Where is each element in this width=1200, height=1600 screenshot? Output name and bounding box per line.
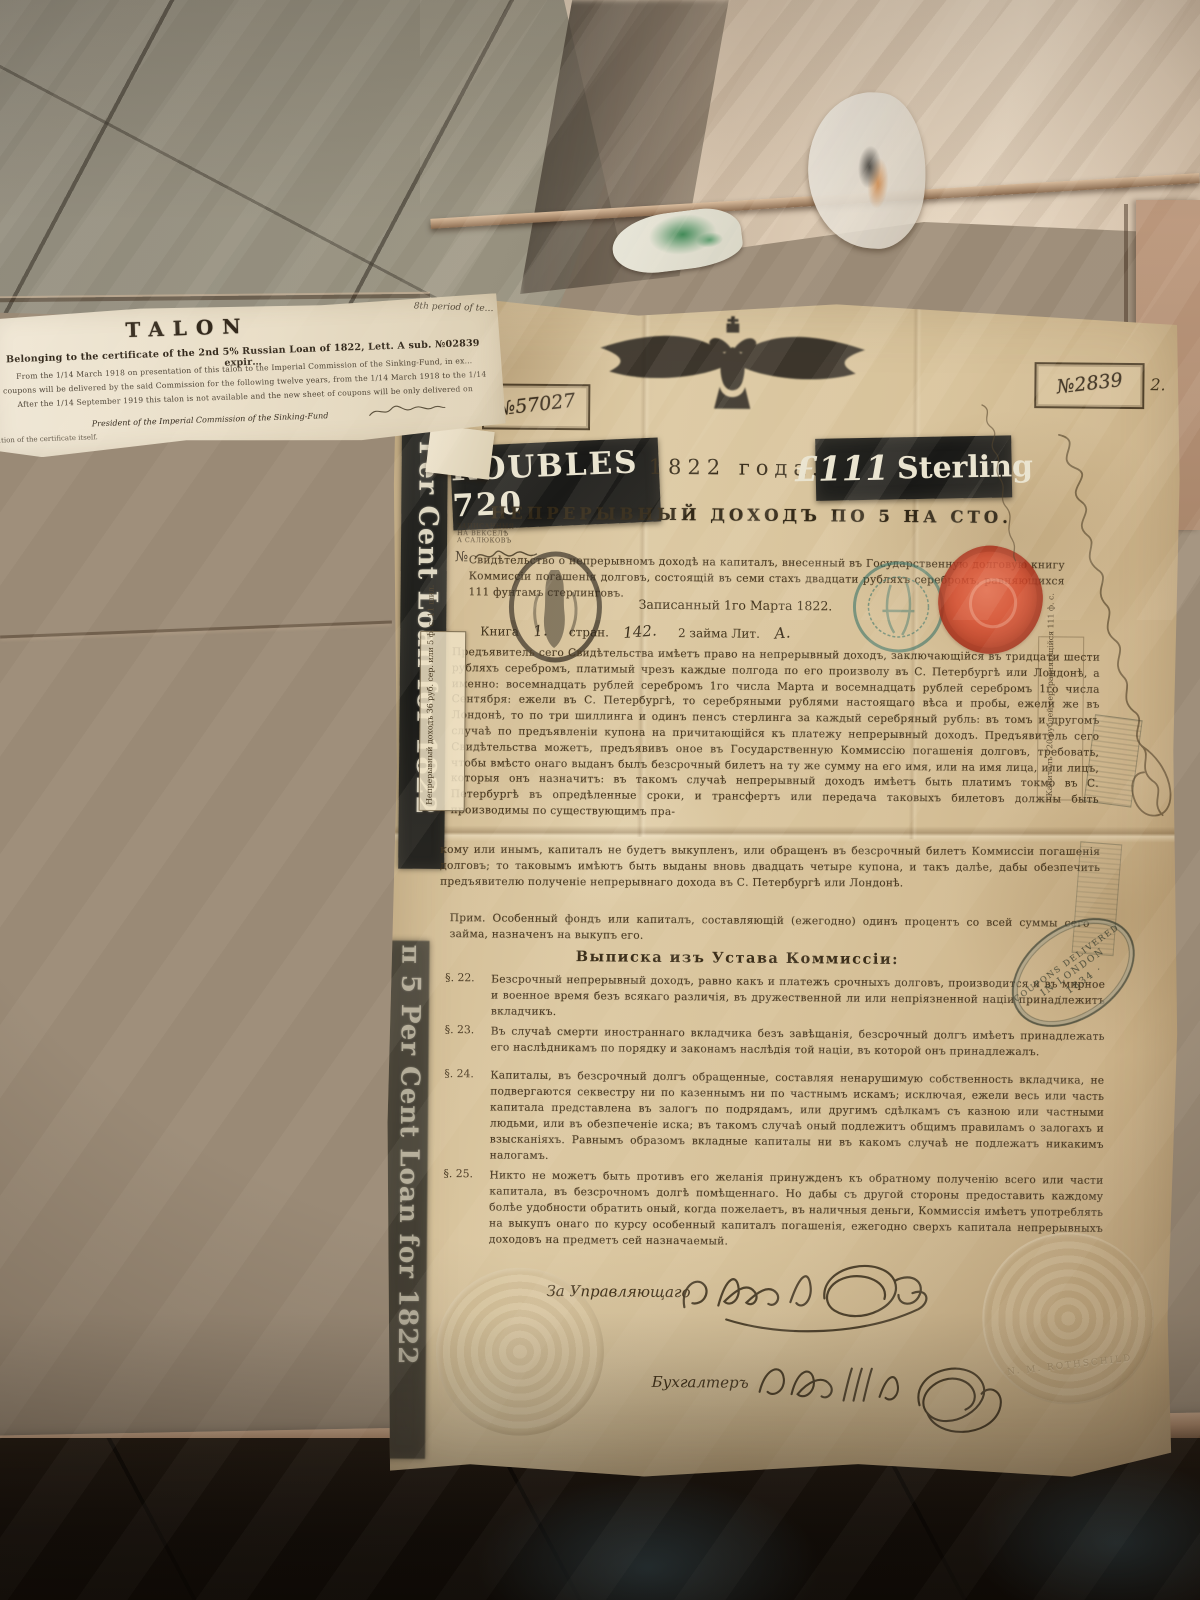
blue-round-stamp (850, 559, 947, 656)
sterling-word: Sterling (897, 449, 1034, 486)
serial-number-box-right: №2839 (1034, 362, 1144, 409)
manager-signature (674, 1245, 975, 1348)
extract-heading: Выписка изъ Устава Коммиссіи: (507, 948, 967, 969)
talon-president-line: President of the Imperial Commission of … (29, 409, 390, 431)
terms-paragraph: Предъявитель сего Свидѣтельства имѣетъ п… (451, 645, 1100, 824)
imperial-eagle-emblem (587, 308, 878, 435)
talon-title: TALON (0, 309, 389, 347)
statute-section: §. 22. Безсрочный непрерывный доходъ, ра… (445, 971, 1105, 977)
note-paragraph: Прим. Особенный фондъ или капиталъ, сост… (450, 911, 1090, 948)
embossed-seal-rothschild: N. M. ROTHSCHILD (982, 1232, 1155, 1405)
serial-number-left: №57027 (496, 389, 576, 420)
side-banner-bottom-label: п 5 Per Cent Loan for 1822 (392, 945, 426, 1366)
section-number: §. 24. (444, 1067, 474, 1080)
section-number: §. 22. (445, 971, 475, 984)
margin-note-right: Капиталъ 720 рублей сер. равняющійся 111… (1045, 638, 1055, 796)
page-value-handwritten: 142. (622, 621, 657, 642)
serial-number-right: №2839 (1055, 369, 1123, 398)
section-number: §. 25. (443, 1167, 473, 1180)
continuation-paragraph: кому или инымъ, капиталъ не будетъ выкуп… (440, 843, 1100, 893)
bookkeeper-signature-label: Бухгалтеръ (652, 1373, 749, 1392)
small-overprint: ЗАПИСАННЫЯ НА ВЕКСЕЛѢ А САЛЮКОВЪ (457, 523, 514, 544)
talon-period-note: 8th period of te… (414, 301, 494, 314)
margin-note-left: Непрерывный доходъ 36 руб. сер. или 5 ф.… (425, 635, 435, 805)
number-prefix: № (455, 549, 468, 565)
section-number: §. 23. (445, 1023, 475, 1036)
loan-label: 2 займа Лит. (678, 626, 760, 641)
overprint-line: А САЛЮКОВЪ (457, 537, 514, 544)
boxed-stamp (1072, 841, 1123, 956)
photo-scene: 5 Per Cent Loan for 1822 п 5 Per Cent Lo… (0, 0, 1200, 1600)
paper-scrap (425, 424, 494, 479)
talon-fragment: …tion of the certificate itself. (0, 433, 98, 445)
section-text: Въ случаѣ смерти иностраннаго вкладчика … (491, 1023, 1105, 1060)
margin-note-box-right (1037, 636, 1084, 800)
statute-section: §. 24. Капиталы, въ безсрочный долгъ обр… (444, 1067, 1104, 1073)
fold-crease (388, 825, 1180, 842)
certificate-sheet: 5 Per Cent Loan for 1822 п 5 Per Cent Lo… (383, 295, 1185, 1484)
section-text: Никто не можетъ быть противъ его желанія… (489, 1167, 1104, 1252)
handwritten-page-note: 2. (1150, 375, 1165, 394)
rothschild-seal-text: N. M. ROTHSCHILD (1000, 1353, 1140, 1379)
embossed-seal-left (435, 1267, 604, 1436)
talon-signature (367, 399, 448, 424)
loan-letter-handwritten: А. (773, 623, 791, 642)
section-text: Капиталы, въ безсрочный долгъ обращенные… (490, 1067, 1105, 1168)
sterling-amount: £111 (794, 449, 889, 491)
